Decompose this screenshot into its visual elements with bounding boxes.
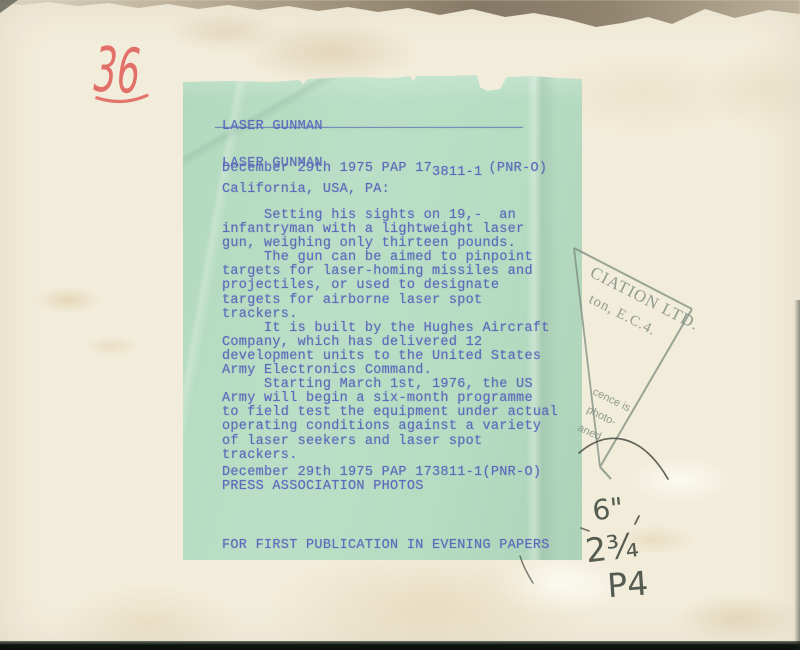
press-agency-stamp-text: CIATION LTD. ton, E.C.4. cence is photo-…: [576, 263, 703, 445]
footer-reference: December 29th 1975 PAP 173811-1(PNR-O): [222, 466, 541, 480]
header-ref-suffix: (PNR-O): [488, 161, 547, 176]
stamp-border-top: [574, 248, 692, 309]
stamp-small-line-1: cence is: [591, 386, 633, 415]
red-crayon-number: 36: [92, 33, 150, 109]
stamp-line-1: CIATION LTD.: [587, 263, 703, 334]
stamp-border-corner-tick: [600, 467, 611, 479]
caption-dateline: California, USA, PA:: [222, 183, 390, 197]
caption-slug: LASER GUNMAN: [222, 157, 323, 171]
release-line-1: FOR FIRST PUBLICATION IN EVENING PAPERS: [222, 539, 550, 553]
pencil-size-notes: 6" 2¾ P4: [583, 491, 649, 605]
pencil-inch-tick: [635, 516, 639, 524]
red-underline-stroke: [97, 93, 147, 103]
press-agency-stamp: [574, 248, 692, 479]
pencil-note-page: P4: [606, 563, 650, 605]
pencil-arc: [579, 438, 668, 479]
caption-body: Setting his sights on 19,- an infantryma…: [222, 209, 558, 463]
release-instruction: FOR FIRST PUBLICATION IN EVENING PAPERS …: [222, 511, 550, 624]
stamp-small-line-2: photo-: [585, 404, 619, 429]
pencil-stroke-left: [520, 556, 533, 583]
right-photo-edge: [794, 300, 800, 650]
photo-backing: LASER GUNMAN December 29th 1975 PAP 1738…: [0, 0, 800, 650]
red-number-text: 36: [92, 33, 142, 108]
stamp-line-2: ton, E.C.4.: [586, 291, 659, 339]
caption-sheet: LASER GUNMAN December 29th 1975 PAP 1738…: [183, 72, 582, 560]
release-line-2: OF MONDAY DECEMBER 29TH 1975: [222, 581, 550, 595]
stamp-border-right: [600, 309, 692, 467]
typed-divider: ______________________________________: [215, 117, 523, 131]
header-ref-number: 3811-1: [432, 166, 482, 180]
pencil-note-height: 6": [591, 491, 625, 527]
footer-credit: PRESS ASSOCIATION PHOTOS: [222, 480, 424, 494]
pencil-note-width: 2¾: [583, 525, 640, 570]
torn-top-edge: [0, 0, 800, 30]
bottom-photo-edge: [0, 641, 800, 650]
pencil-tick: [581, 528, 589, 531]
